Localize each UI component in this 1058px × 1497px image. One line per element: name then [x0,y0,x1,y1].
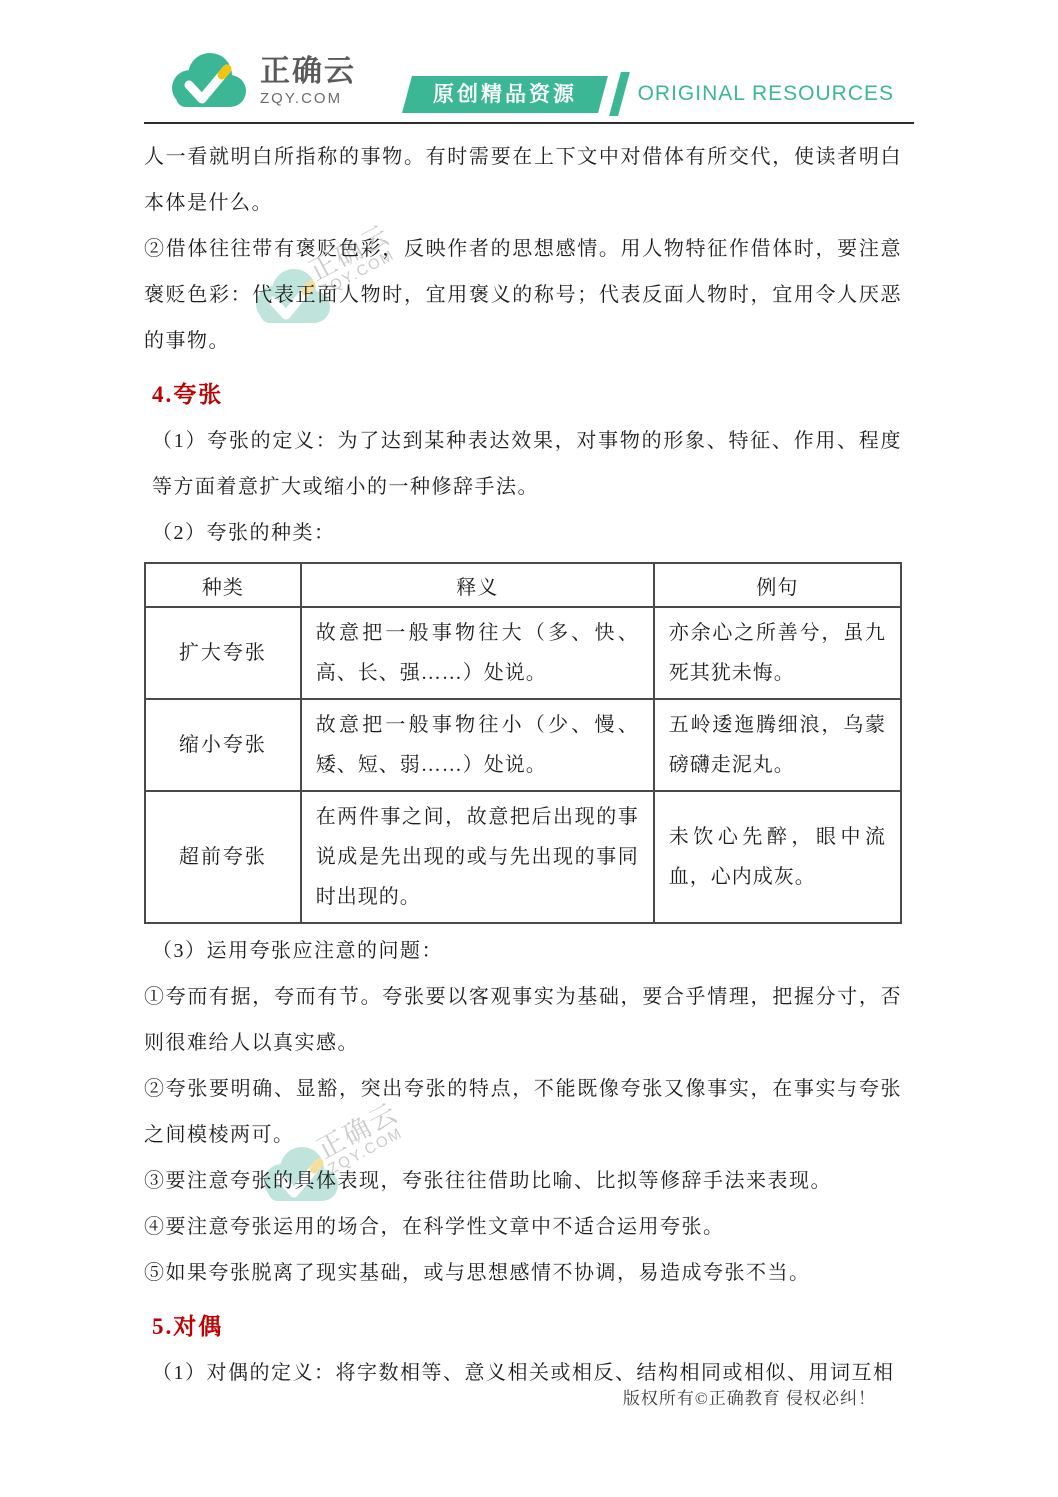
section-4-note-3: ③要注意夸张的具体表现，夸张往往借助比喻、比拟等修辞手法来表现。 [144,1158,902,1204]
table-header-meaning: 释义 [301,563,654,607]
document-body: 人一看就明白所指称的事物。有时需要在上下文中对借体有所交代，使读者明白本体是什么… [144,124,902,1396]
table-header-example: 例句 [654,563,901,607]
table-cell-example: 五岭逶迤腾细浪，乌蒙磅礴走泥丸。 [654,699,901,791]
logo-text: 正确云 ZQY.COM [260,57,356,106]
paragraph-intro-continuation: 人一看就明白所指称的事物。有时需要在上下文中对借体有所交代，使读者明白本体是什么… [144,134,902,226]
table-header-kind: 种类 [145,563,301,607]
table-cell-meaning: 在两件事之间，故意把后出现的事说成是先出现的或与先出现的事同时出现的。 [301,791,654,923]
table-cell-example: 亦余心之所善兮，虽九死其犹未悔。 [654,607,901,699]
original-resources-badge: 原创精品资源 [402,76,608,113]
table-row: 扩大夸张 故意把一般事物往大（多、快、高、长、强……）处说。 亦余心之所善兮，虽… [145,607,901,699]
section-4-definition: （1）夸张的定义：为了达到某种表达效果，对事物的形象、特征、作用、程度等方面着意… [144,418,902,510]
page-header: 正确云 ZQY.COM 原创精品资源 ORIGINAL RESOURCES [144,0,914,124]
section-4-note-4: ④要注意夸张运用的场合，在科学性文章中不适合运用夸张。 [144,1204,902,1250]
table-cell-kind: 扩大夸张 [145,607,301,699]
section-4-notes-label: （3）运用夸张应注意的问题： [144,928,902,974]
paragraph-item-2: ②借体往往带有褒贬色彩，反映作者的思想感情。用人物特征作借体时，要注意褒贬色彩：… [144,226,902,364]
exaggeration-kinds-table: 种类 释义 例句 扩大夸张 故意把一般事物往大（多、快、高、长、强……）处说。 … [144,562,902,924]
table-header-row: 种类 释义 例句 [145,563,901,607]
copyright-notice: 版权所有©正确教育 侵权必纠！ [623,1384,876,1409]
section-4-note-1: ①夸而有据，夸而有节。夸张要以客观事实为基础，要合乎情理，把握分寸，否则很难给人… [144,974,902,1066]
table-cell-kind: 缩小夸张 [145,699,301,791]
badge-sublabel: ORIGINAL RESOURCES [638,82,894,106]
slash-divider-icon [609,72,630,116]
badge-label: 原创精品资源 [433,76,577,113]
section-5-title: 5.对偶 [152,1312,902,1342]
section-4-title: 4.夸张 [152,380,902,410]
table-cell-meaning: 故意把一般事物往小（少、慢、矮、短、弱……）处说。 [301,699,654,791]
zqy-cloud-logo-icon [166,50,250,112]
section-4-note-5: ⑤如果夸张脱离了现实基础，或与思想感情不协调，易造成夸张不当。 [144,1250,902,1296]
table-row: 超前夸张 在两件事之间，故意把后出现的事说成是先出现的或与先出现的事同时出现的。… [145,791,901,923]
table-row: 缩小夸张 故意把一般事物往小（少、慢、矮、短、弱……）处说。 五岭逶迤腾细浪，乌… [145,699,901,791]
section-4-kinds-label: （2）夸张的种类： [144,510,902,556]
table-cell-example: 未饮心先醉，眼中流血，心内成灰。 [654,791,901,923]
document-page: 正确云 ZQY.COM 正确云 ZQY.COM [0,0,1058,1497]
header-badge-row: 原创精品资源 ORIGINAL RESOURCES [407,72,894,116]
brand-domain: ZQY.COM [260,91,356,106]
zqy-logo: 正确云 ZQY.COM [166,50,356,112]
section-4-note-2: ②夸张要明确、显豁，突出夸张的特点，不能既像夸张又像事实，在事实与夸张之间模棱两… [144,1066,902,1158]
table-cell-kind: 超前夸张 [145,791,301,923]
table-cell-meaning: 故意把一般事物往大（多、快、高、长、强……）处说。 [301,607,654,699]
brand-name: 正确云 [260,57,356,87]
